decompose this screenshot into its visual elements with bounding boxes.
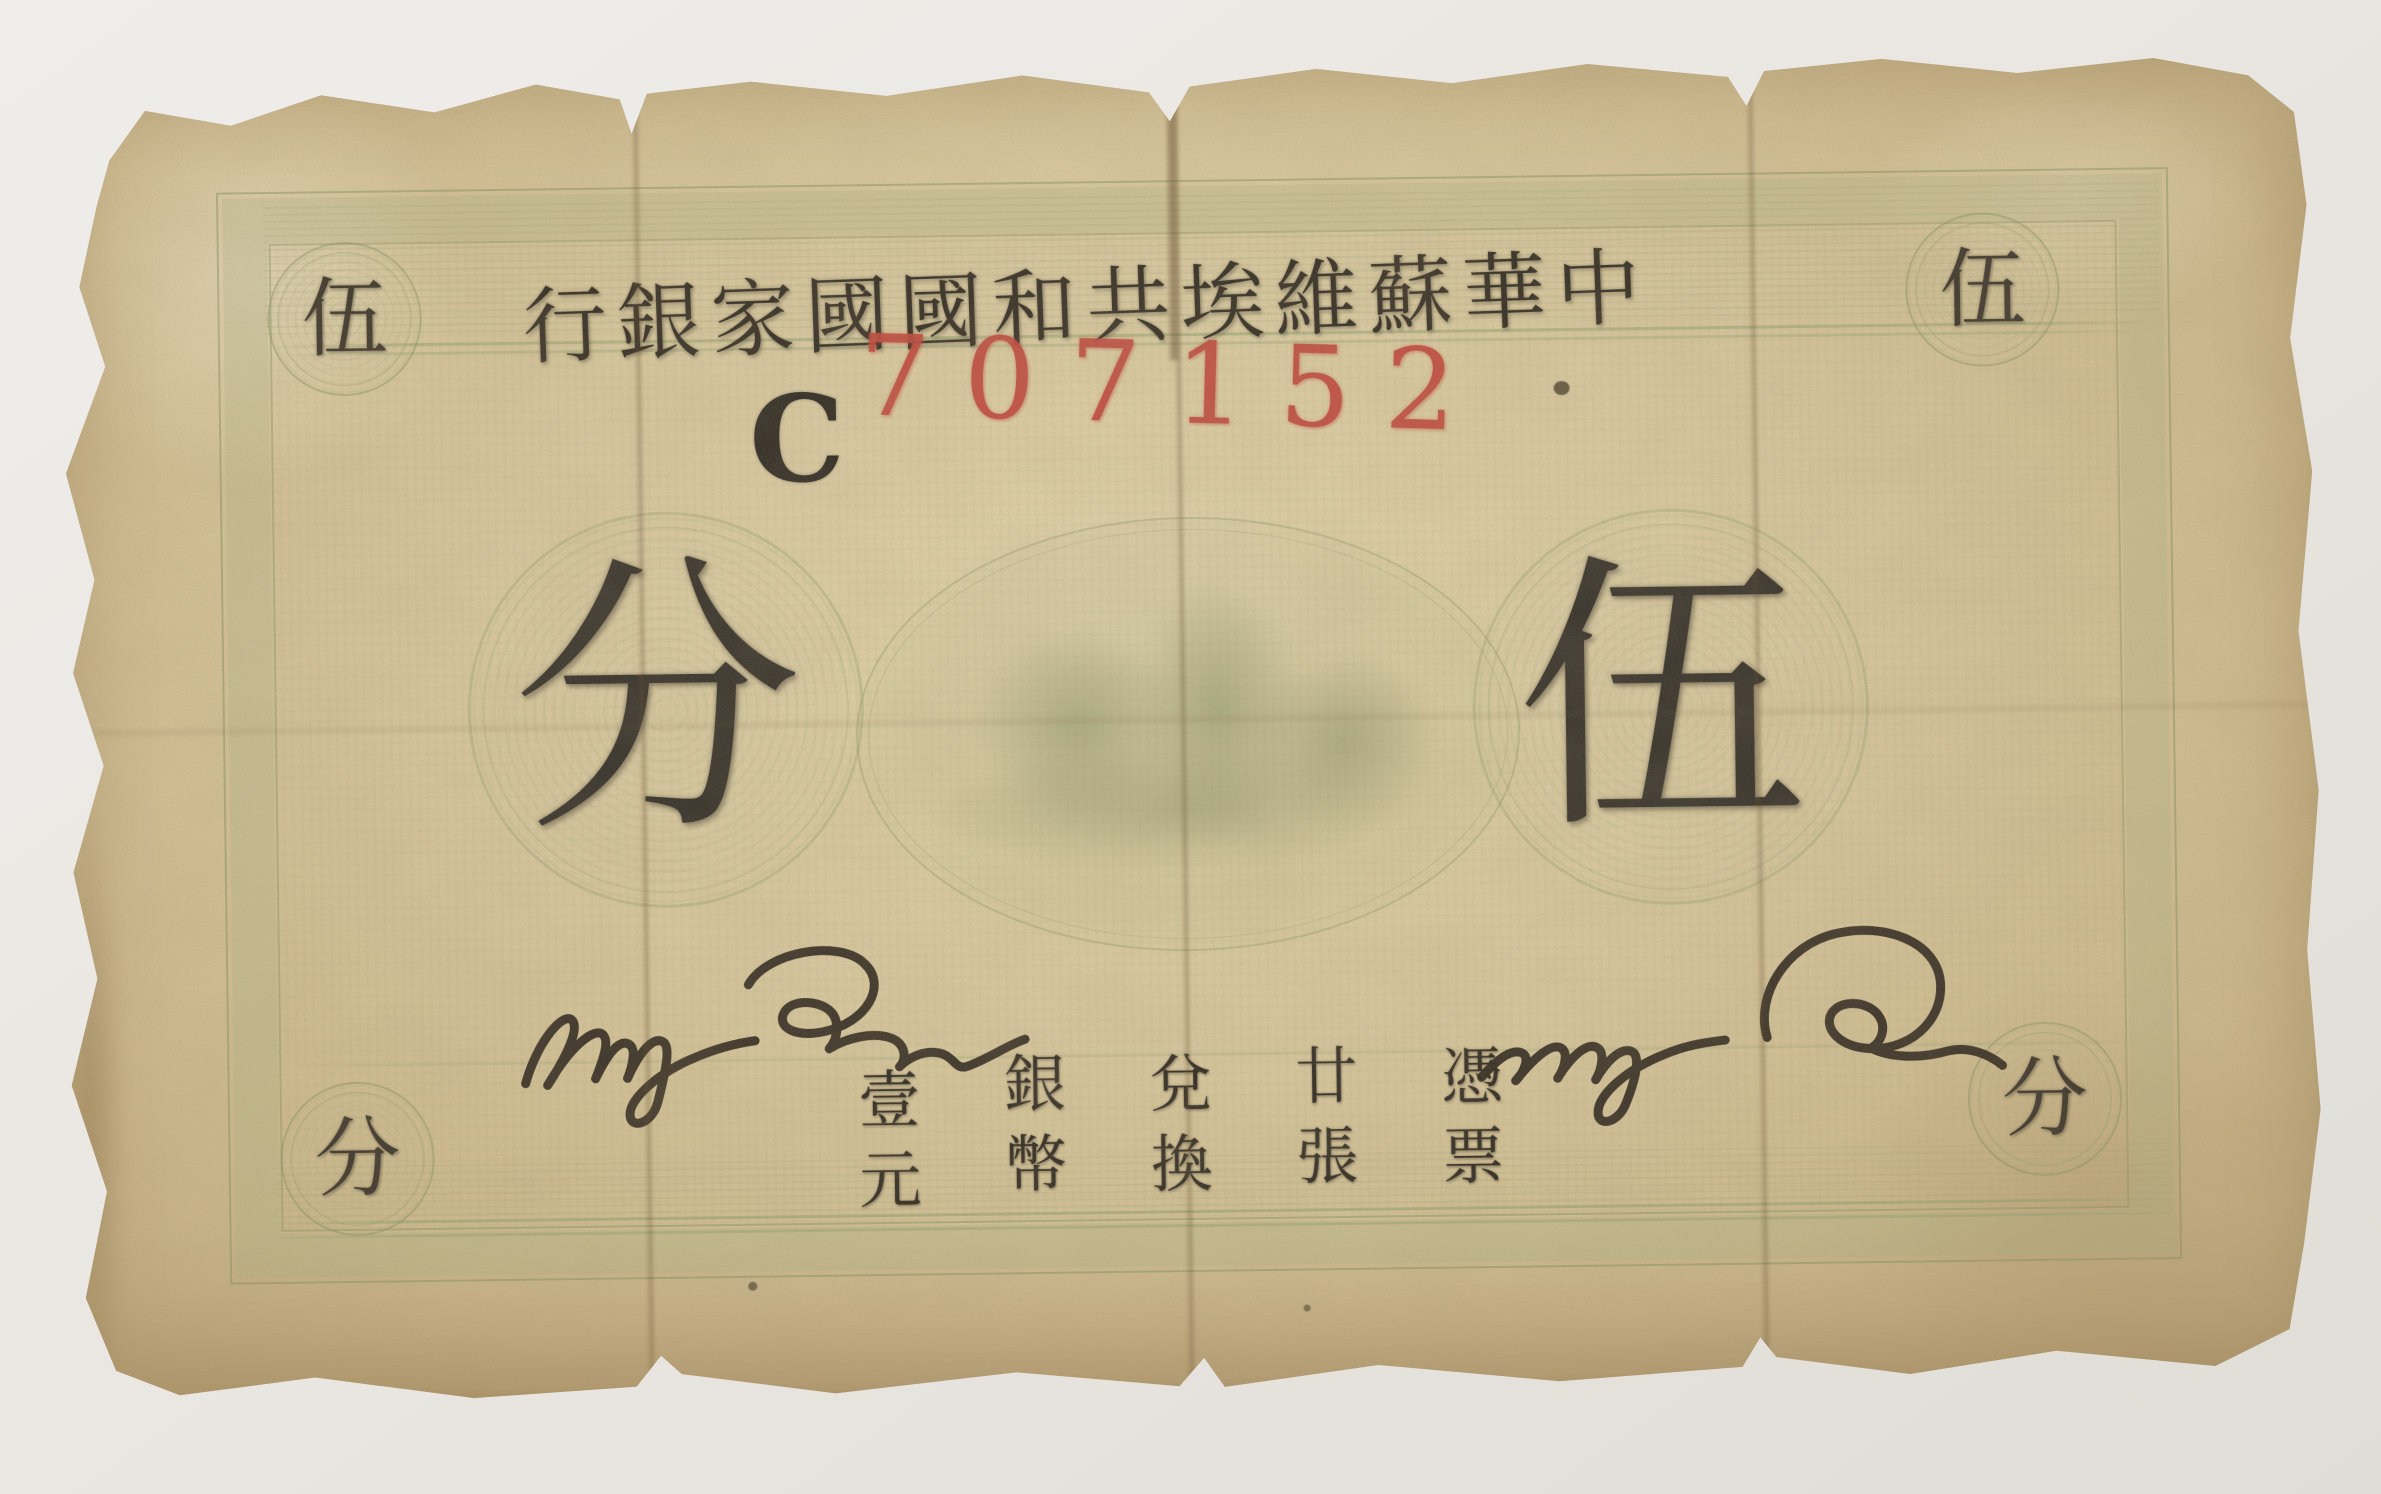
- corner-denomination-char: 伍: [301, 275, 388, 362]
- denomination-char-left: 分: [511, 555, 805, 849]
- ink-fleck: [1304, 1304, 1311, 1311]
- vignette-trees: [1136, 578, 1299, 840]
- vignette-ground: [928, 746, 1410, 872]
- redemption-clause: 壹元 銀幣 兌換 廿張 憑票: [852, 1041, 1500, 1264]
- banknote: 伍 伍 分 分 行銀家國國和共埃維蘇華中 C 707152 分 伍: [49, 45, 2328, 1404]
- center-vignette: [853, 513, 1523, 956]
- vignette-trees: [1247, 656, 1439, 828]
- serial-number: 707152: [857, 320, 1491, 448]
- corner-medallion-top-left: 伍: [267, 241, 423, 397]
- ornament-line: [276, 1197, 2171, 1225]
- ornament-line: [274, 1040, 2169, 1068]
- corner-denomination-char: 伍: [1939, 246, 2026, 333]
- corner-denomination-char: 分: [2001, 1055, 2088, 1142]
- serial-prefix: C: [748, 379, 845, 500]
- ink-fleck: [748, 1282, 757, 1291]
- crease-line: [58, 700, 2320, 738]
- corner-denomination-char: 分: [314, 1115, 401, 1202]
- ornament-line: [277, 1211, 2172, 1239]
- ink-fleck: [1554, 381, 1570, 395]
- redemption-column: 兌換: [1144, 1051, 1209, 1261]
- signature-right-ink: [1465, 874, 2013, 1141]
- photo-background: 伍 伍 分 分 行銀家國國和共埃維蘇華中 C 707152 分 伍: [0, 0, 2381, 1494]
- paper-stain: [65, 1205, 2329, 1425]
- redemption-column: 銀幣: [998, 1051, 1063, 1263]
- signature-left-ink: [506, 917, 1044, 1144]
- corner-medallion-top-right: 伍: [1904, 212, 2060, 368]
- redemption-column: 憑票: [1435, 1043, 1500, 1257]
- redemption-column: 壹元: [852, 1067, 917, 1265]
- redemption-column: 廿張: [1289, 1043, 1354, 1259]
- vignette-trees: [977, 629, 1179, 822]
- corner-medallion-bottom-right: 分: [1967, 1021, 2123, 1177]
- ornament-band-bottom: [276, 1142, 2172, 1239]
- corner-medallion-bottom-left: 分: [280, 1081, 436, 1237]
- paper-stain: [51, 805, 129, 1418]
- denomination-char-right: 伍: [1514, 552, 1808, 846]
